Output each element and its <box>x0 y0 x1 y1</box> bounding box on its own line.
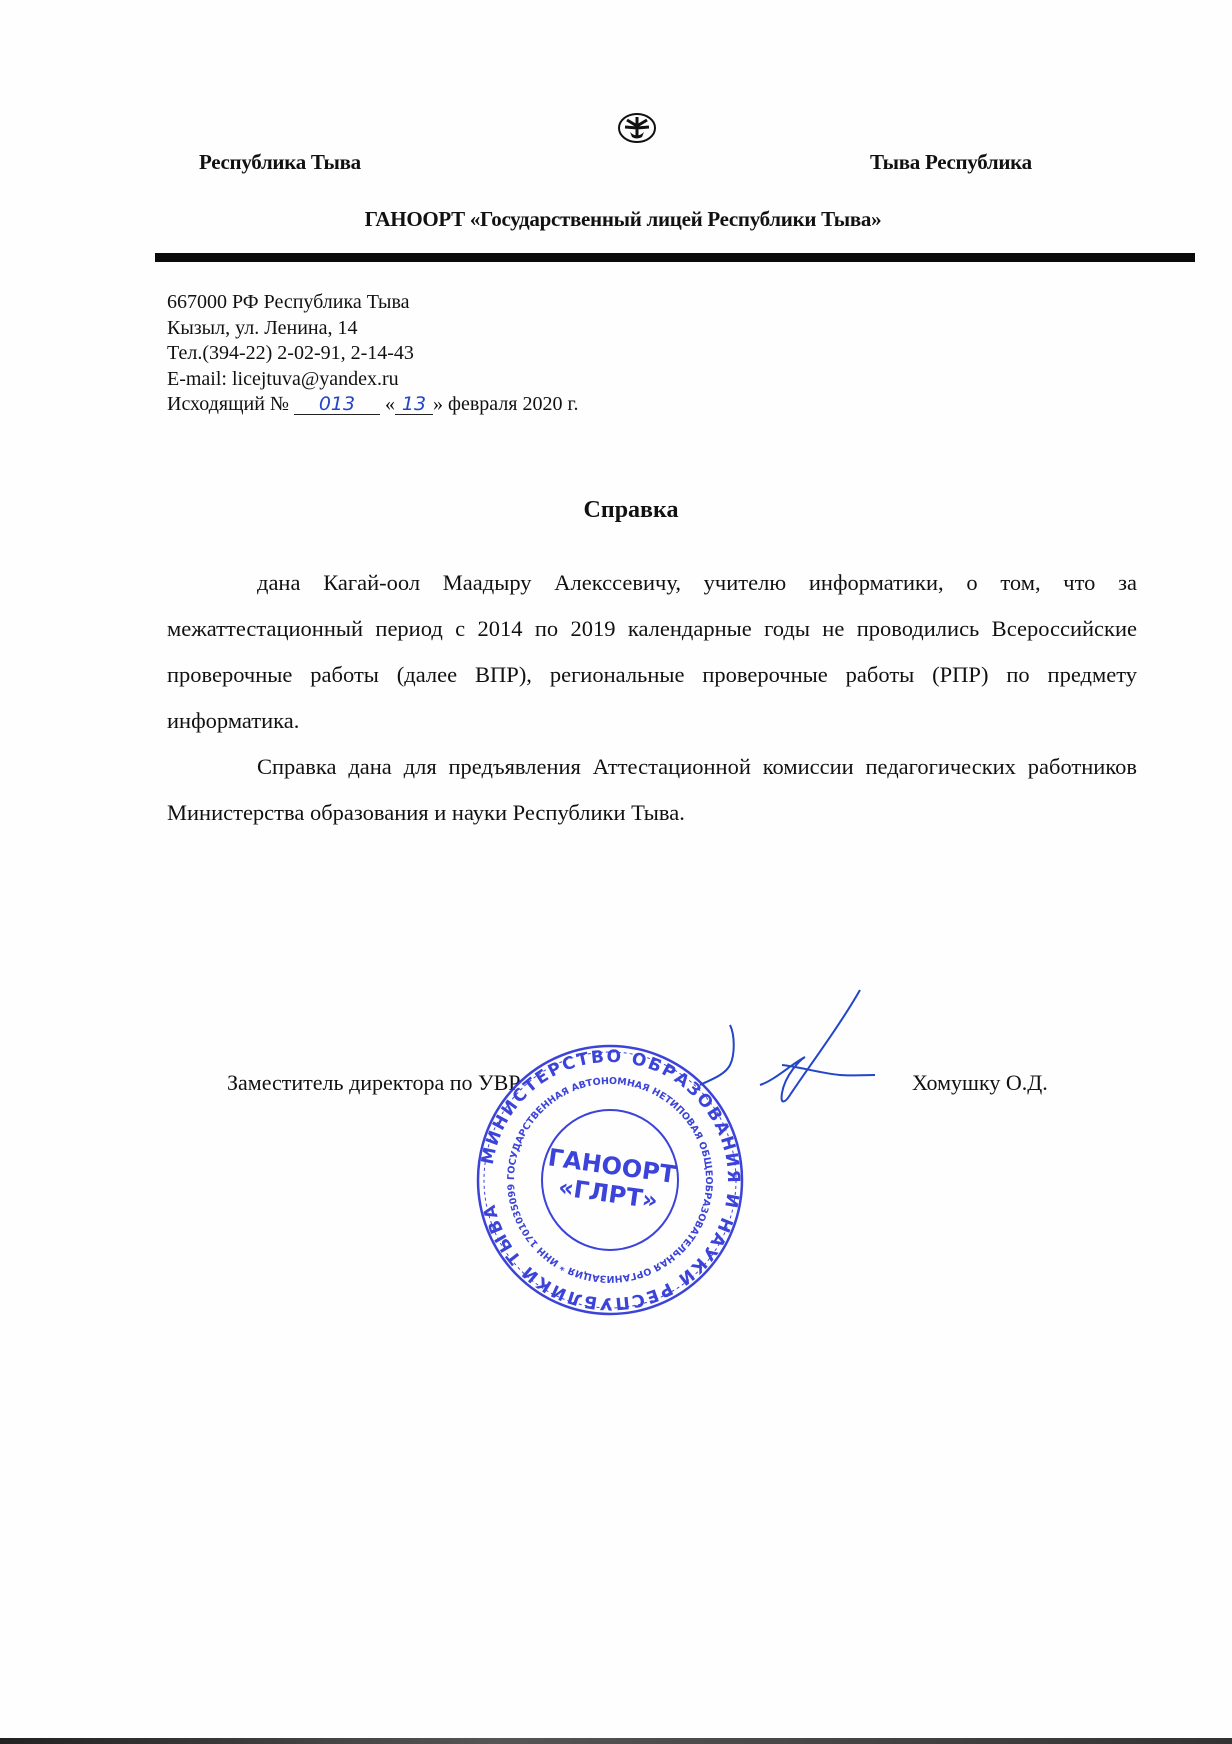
header-divider <box>155 253 1195 262</box>
signatory-name: Хомушку О.Д. <box>912 1070 1048 1096</box>
outgoing-number-line: Исходящий № 013 «13» февраля 2020 г. <box>167 392 578 418</box>
document-page: Республика Тыва Тыва Республика ГАНООРТ … <box>0 0 1232 1744</box>
address-block: 667000 РФ Республика Тыва Кызыл, ул. Лен… <box>167 290 578 418</box>
document-body: дана Кагай-оол Маадыру Алекссевичу, учит… <box>167 560 1137 836</box>
phone-line: Тел.(394-22) 2-02-91, 2-14-43 <box>167 341 578 367</box>
date-rest: » февраля 2020 г. <box>433 393 578 415</box>
address-line: Кызыл, ул. Ленина, 14 <box>167 316 578 342</box>
outgoing-label: Исходящий № <box>167 393 289 415</box>
header-right-title: Тыва Республика <box>870 150 1032 175</box>
coat-of-arms-emblem-icon <box>617 112 657 144</box>
handwritten-signature-icon <box>690 985 880 1115</box>
outgoing-number-handwritten: 013 <box>294 394 380 415</box>
organization-name: ГАНООРТ «Государственный лицей Республик… <box>0 207 1232 232</box>
scan-edge <box>0 1738 1232 1744</box>
body-paragraph: Справка дана для предъявления Аттестацио… <box>167 744 1137 836</box>
date-quote-open: « <box>385 393 395 415</box>
email-line: E-mail: licejtuva@yandex.ru <box>167 367 578 393</box>
date-day-handwritten: 13 <box>395 394 433 415</box>
document-title: Справка <box>0 497 1232 524</box>
body-paragraph: дана Кагай-оол Маадыру Алекссевичу, учит… <box>167 560 1137 744</box>
header-left-title: Республика Тыва <box>199 150 361 175</box>
address-line: 667000 РФ Республика Тыва <box>167 290 578 316</box>
